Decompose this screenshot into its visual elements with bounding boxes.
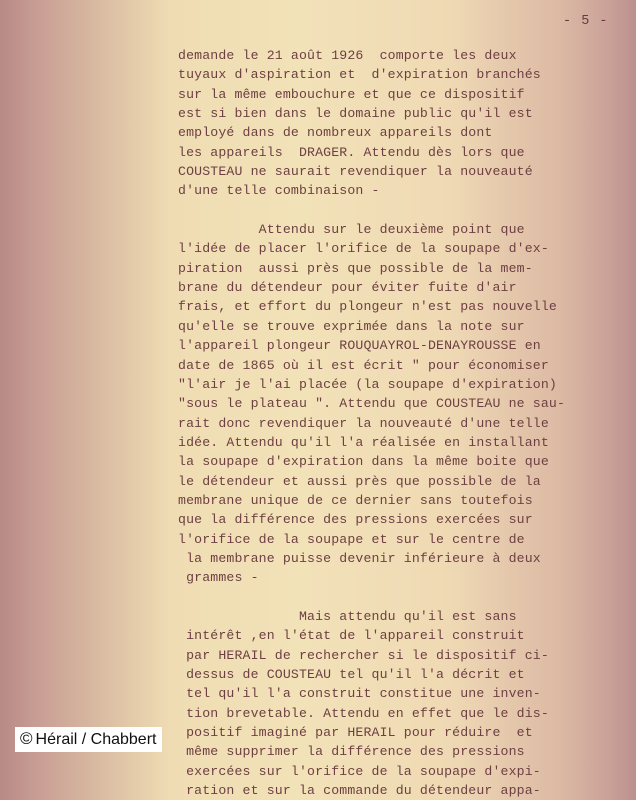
text-line: exercées sur l'orifice de la soupape d'e… xyxy=(178,762,636,781)
text-line: même supprimer la différence des pressio… xyxy=(178,742,636,761)
text-line: par HERAIL de rechercher si le dispositi… xyxy=(178,646,636,665)
text-line: "sous le plateau ". Attendu que COUSTEAU… xyxy=(178,394,636,413)
text-line: le détendeur et aussi près que possible … xyxy=(178,472,636,491)
text-line: demande le 21 août 1926 comporte les deu… xyxy=(178,46,636,65)
text-line xyxy=(178,201,636,220)
text-line: tuyaux d'aspiration et d'expiration bran… xyxy=(178,65,636,84)
text-line: Mais attendu qu'il est sans xyxy=(178,607,636,626)
text-line: intérêt ,en l'état de l'appareil constru… xyxy=(178,626,636,645)
text-line: qu'elle se trouve exprimée dans la note … xyxy=(178,317,636,336)
text-line: dessus de COUSTEAU tel qu'il l'a décrit … xyxy=(178,665,636,684)
copyright-watermark: ©Hérail / Chabbert xyxy=(15,727,162,752)
copyright-icon: © xyxy=(20,729,33,748)
text-line: l'orifice de la soupape et sur le centre… xyxy=(178,530,636,549)
text-line xyxy=(178,588,636,607)
text-line: positif imaginé par HERAIL pour réduire … xyxy=(178,723,636,742)
text-line: la membrane puisse devenir inférieure à … xyxy=(178,549,636,568)
text-line: idée. Attendu qu'il l'a réalisée en inst… xyxy=(178,433,636,452)
text-line: grammes - xyxy=(178,568,636,587)
copyright-text: Hérail / Chabbert xyxy=(36,731,157,748)
page-number: - 5 - xyxy=(563,14,609,29)
text-line: piration aussi près que possible de la m… xyxy=(178,259,636,278)
text-line: frais, et effort du plongeur n'est pas n… xyxy=(178,297,636,316)
text-line: rait donc revendiquer la nouveauté d'une… xyxy=(178,414,636,433)
typewritten-body-text: demande le 21 août 1926 comporte les deu… xyxy=(178,46,636,800)
text-line: que la différence des pressions exercées… xyxy=(178,510,636,529)
text-line: Attendu sur le deuxième point que xyxy=(178,220,636,239)
text-line: l'idée de placer l'orifice de la soupape… xyxy=(178,239,636,258)
text-line: membrane unique de ce dernier sans toute… xyxy=(178,491,636,510)
text-line: est si bien dans le domaine public qu'il… xyxy=(178,104,636,123)
text-line: les appareils DRAGER. Attendu dès lors q… xyxy=(178,143,636,162)
text-line: "l'air je l'ai placée (la soupape d'expi… xyxy=(178,375,636,394)
text-line: COUSTEAU ne saurait revendiquer la nouve… xyxy=(178,162,636,181)
text-line: sur la même embouchure et que ce disposi… xyxy=(178,85,636,104)
text-line: brane du détendeur pour éviter fuite d'a… xyxy=(178,278,636,297)
text-line: la soupape d'expiration dans la même boi… xyxy=(178,452,636,471)
text-line: date de 1865 où il est écrit " pour écon… xyxy=(178,356,636,375)
text-line: tion brevetable. Attendu en effet que le… xyxy=(178,704,636,723)
text-line: l'appareil plongeur ROUQUAYROL-DENAYROUS… xyxy=(178,336,636,355)
text-line: ration et sur la commande du détendeur a… xyxy=(178,781,636,800)
text-line: employé dans de nombreux appareils dont xyxy=(178,123,636,142)
text-line: d'une telle combinaison - xyxy=(178,181,636,200)
text-line: tel qu'il l'a construit constitue une in… xyxy=(178,684,636,703)
